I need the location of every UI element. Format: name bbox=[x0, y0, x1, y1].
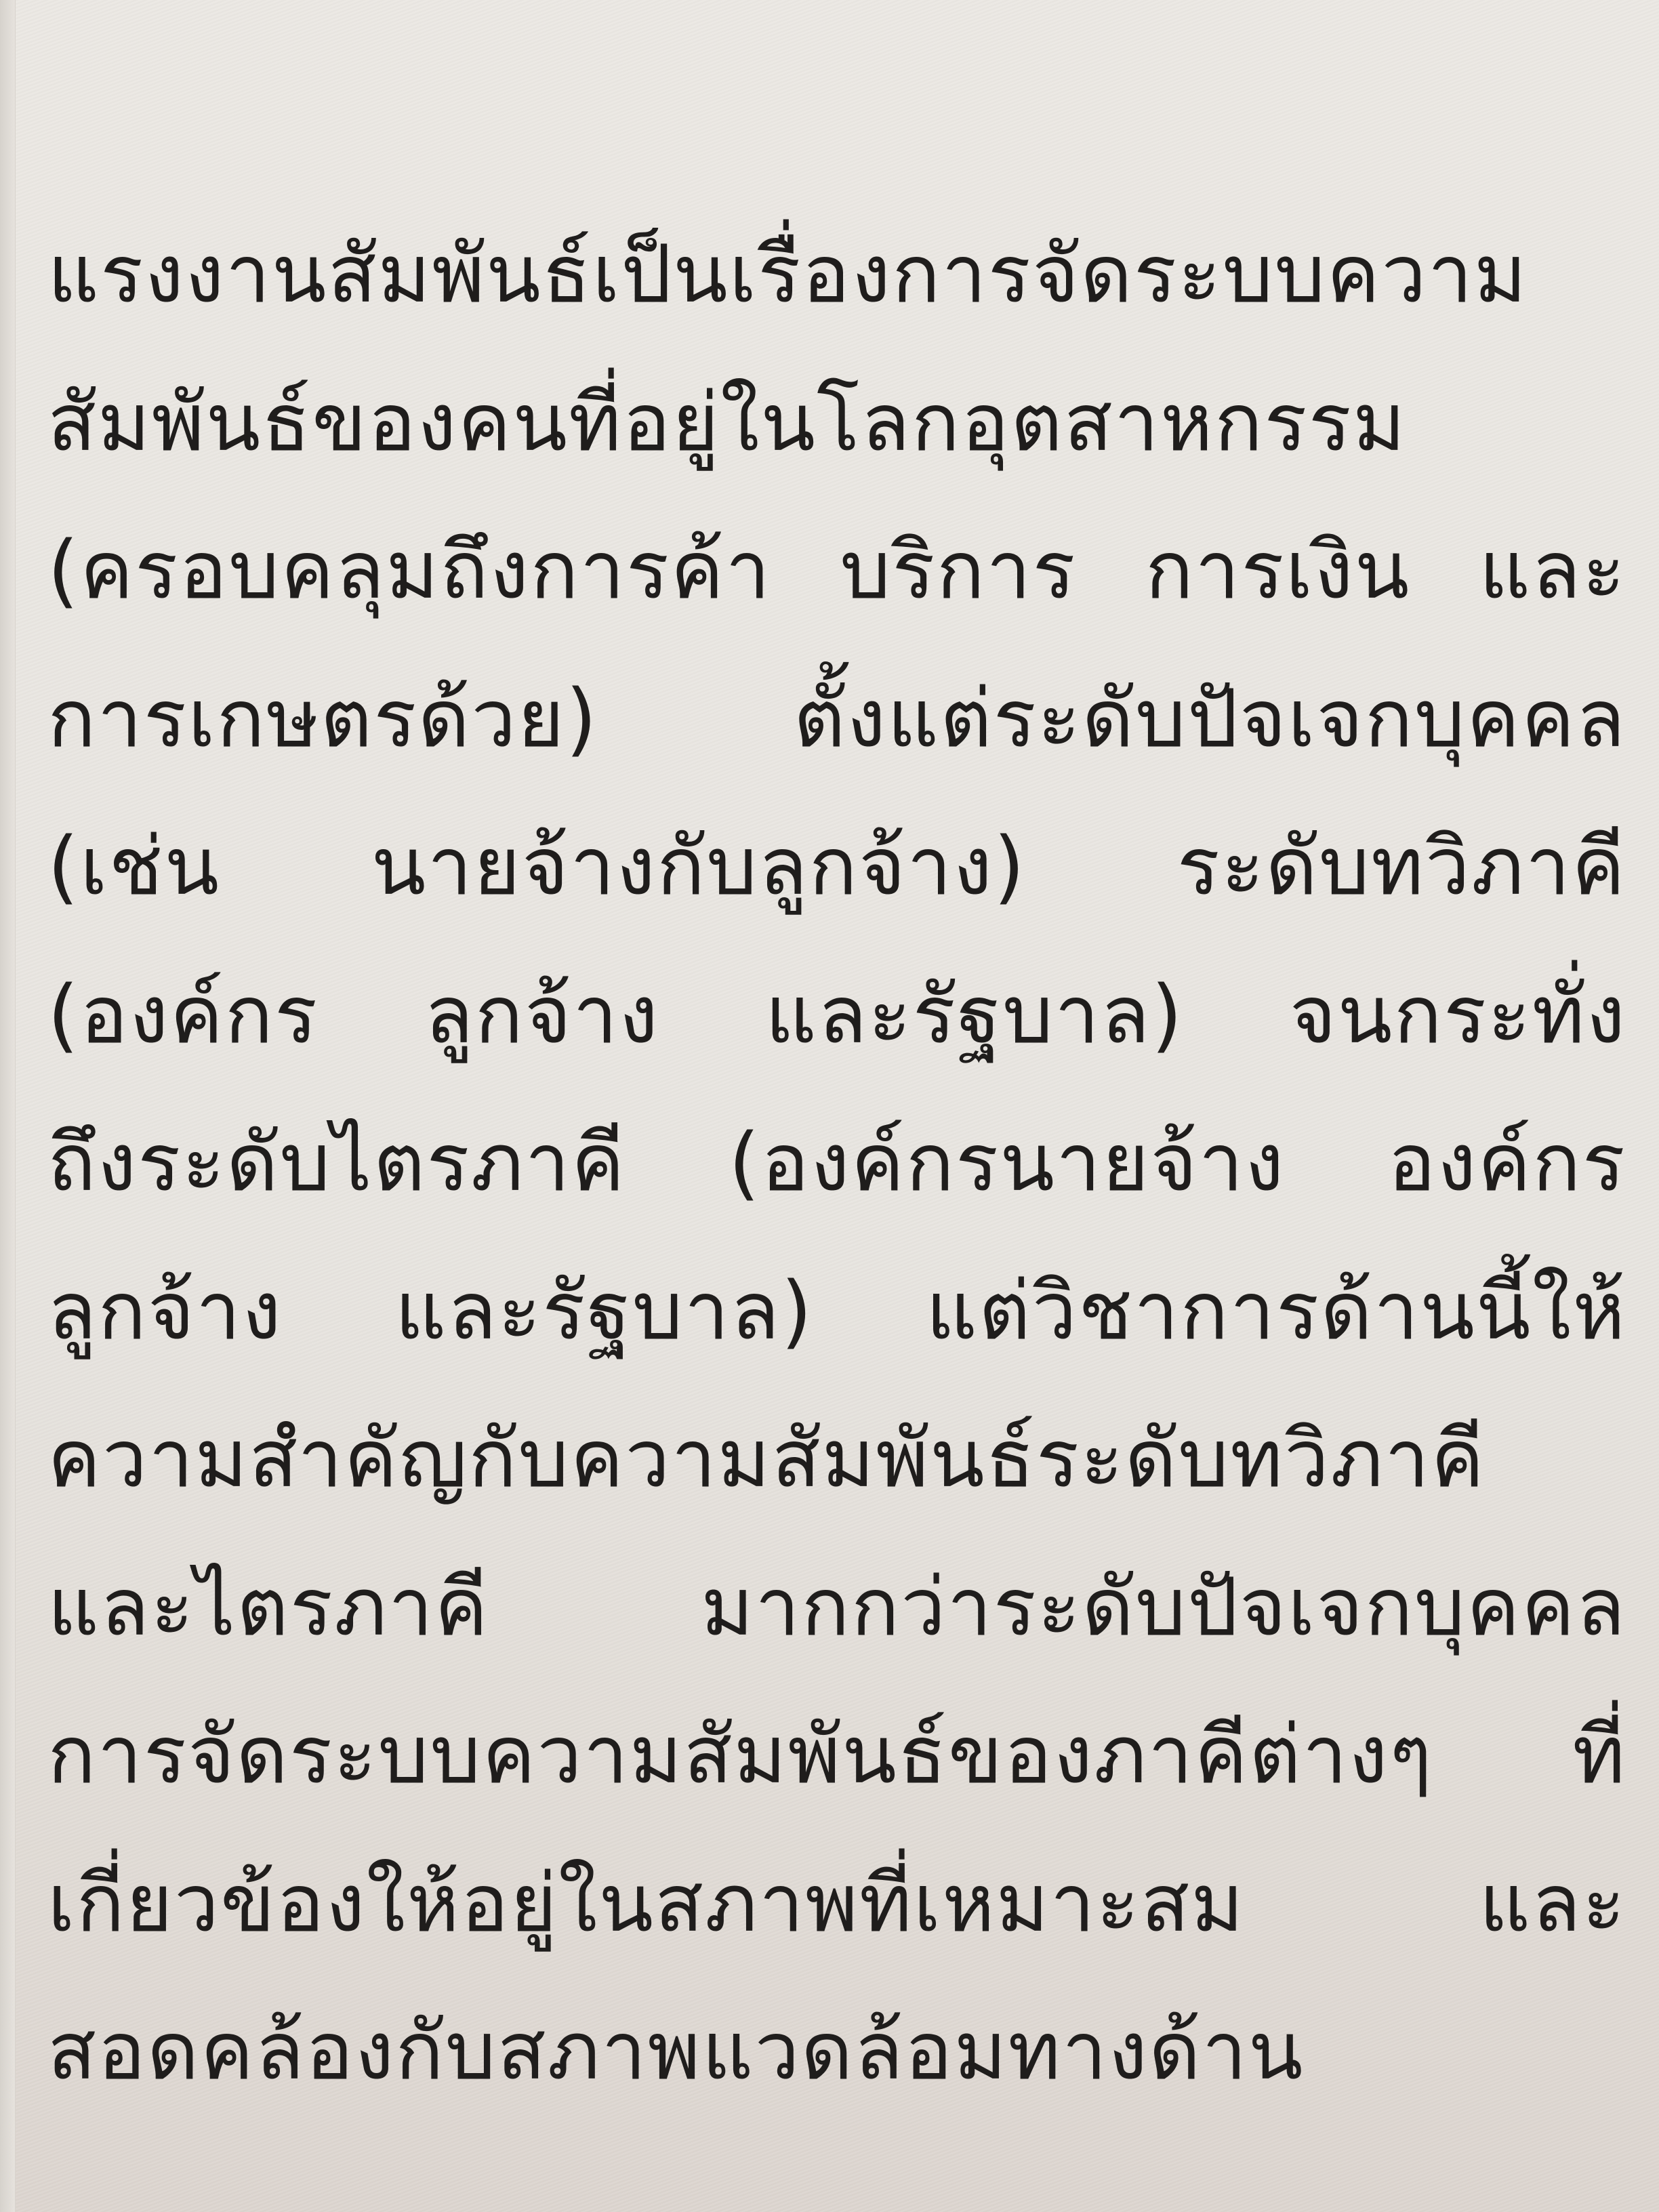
page-edge bbox=[0, 0, 16, 2212]
paragraph-line-5: (เช่น นายจ้างกับลูกจ้าง) ระดับทวิภาคี bbox=[47, 826, 1626, 906]
book-page: “ แรงงานสัมพันธ์เป็นเรื่องการจัดระบบความ… bbox=[0, 0, 1659, 2212]
opening-quote-icon: “ bbox=[637, 0, 922, 122]
paragraph-line-3: (ครอบคลุมถึงการค้า บริการ การเงิน และ bbox=[47, 530, 1626, 610]
paragraph-line-13: สอดคล้องกับสภาพแวดล้อมทางด้าน bbox=[47, 2011, 1626, 2091]
paragraph-line-6: (องค์กร ลูกจ้าง และรัฐบาล) จนกระทั่ง bbox=[47, 975, 1626, 1054]
paragraph-line-4: การเกษตรด้วย) ตั้งแต่ระดับปัจเจกบุคคล bbox=[47, 678, 1626, 758]
paragraph-line-11: การจัดระบบความสัมพันธ์ของภาคีต่างๆ ที่ bbox=[47, 1715, 1626, 1795]
paragraph-line-1: แรงงานสัมพันธ์เป็นเรื่องการจัดระบบความ bbox=[47, 234, 1626, 314]
paragraph-line-8: ลูกจ้าง และรัฐบาล) แต่วิชาการด้านนี้ให้ bbox=[47, 1271, 1626, 1351]
paragraph-line-2: สัมพันธ์ของคนที่อยู่ในโลกอุตสาหกรรม bbox=[47, 382, 1626, 462]
paragraph-line-12: เกี่ยวข้องให้อยู่ในสภาพที่เหมาะสม และ bbox=[47, 1863, 1626, 1943]
paragraph-line-10: และไตรภาคี มากกว่าระดับปัจเจกบุคคล bbox=[47, 1567, 1626, 1647]
paragraph-line-7: ถึงระดับไตรภาคี (องค์กรนายจ้าง องค์กร bbox=[47, 1122, 1626, 1202]
paragraph-line-9: ความสำคัญกับความสัมพันธ์ระดับทวิภาคี bbox=[47, 1418, 1626, 1498]
